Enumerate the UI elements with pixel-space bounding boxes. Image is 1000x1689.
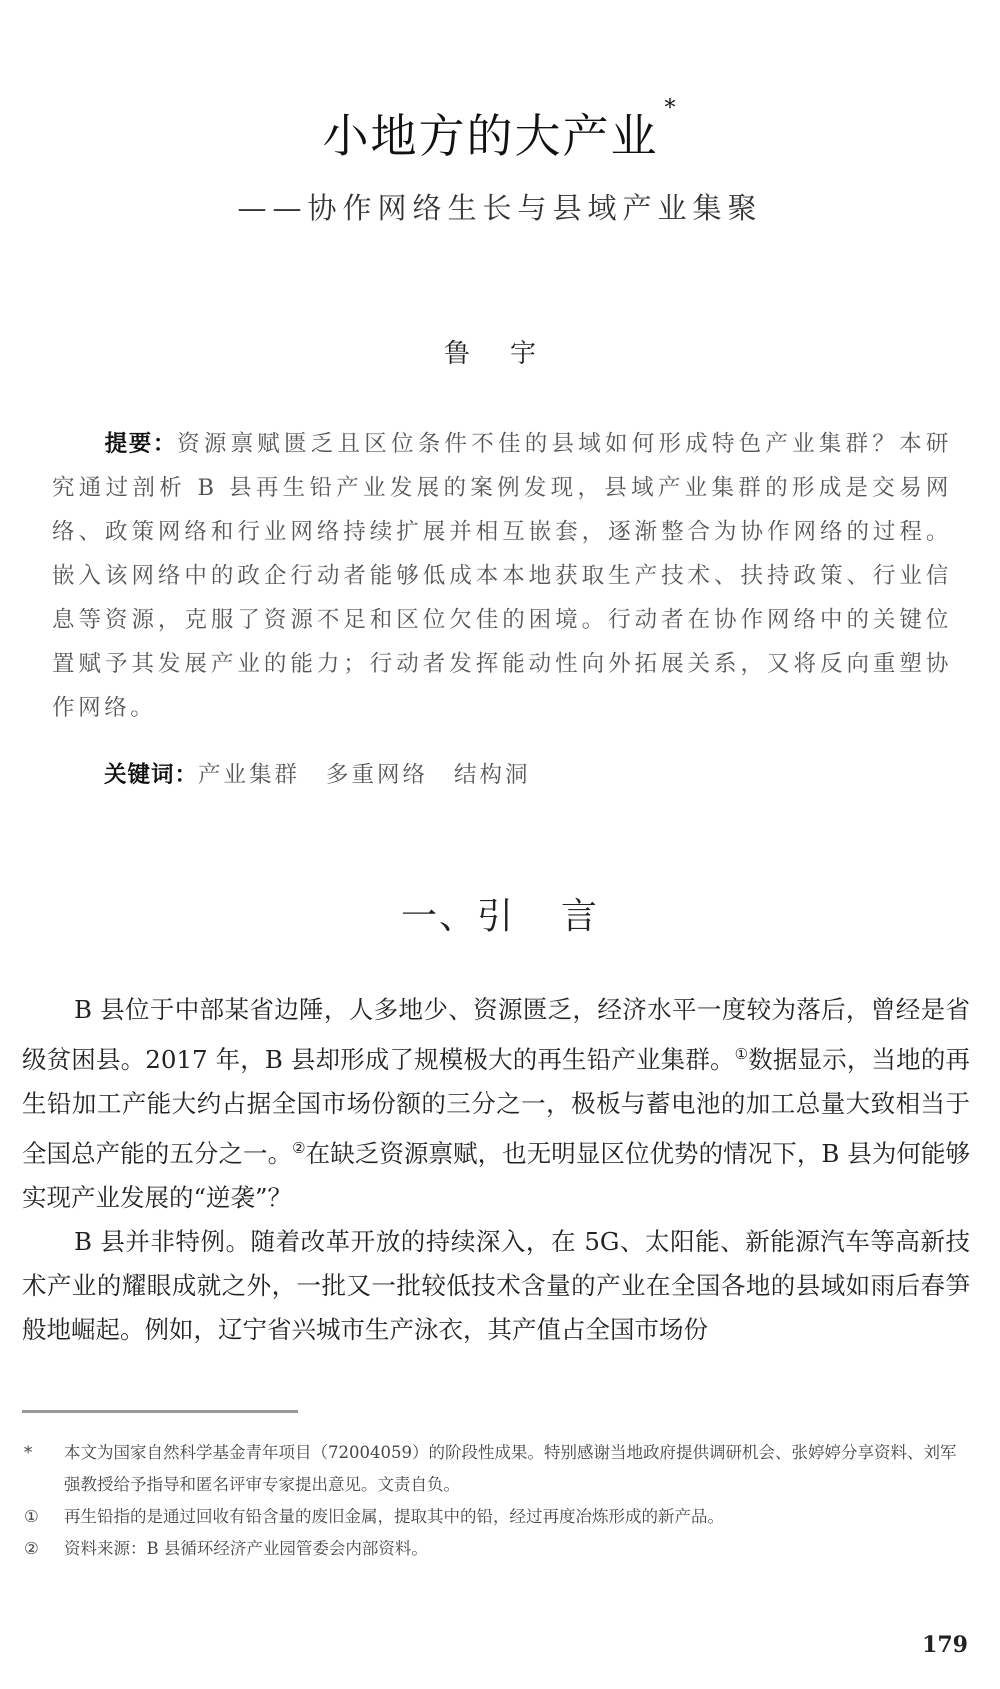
paragraph: B 县位于中部某省边陲，人多地少、资源匮乏，经济水平一度较为落后，曾经是省级贫困… (22, 988, 970, 1220)
keyword: 结构洞 (454, 762, 531, 788)
footnote-text: 资料来源：B 县循环经济产业园管委会内部资料。 (64, 1539, 428, 1558)
footnote-item: *本文为国家自然科学基金青年项目（72004059）的阶段性成果。特别感谢当地政… (22, 1437, 970, 1501)
footnote-mark: ① (24, 1501, 39, 1533)
keyword: 产业集群 (198, 762, 300, 788)
title-text: 小地方的大产业 (323, 109, 659, 163)
footnote-item: ②资料来源：B 县循环经济产业园管委会内部资料。 (22, 1533, 970, 1565)
keywords: 关键词：产业集群多重网络结构洞 (104, 757, 557, 789)
abstract-label: 提要： (104, 431, 177, 457)
footnote-mark: * (24, 1437, 32, 1469)
footnotes: *本文为国家自然科学基金青年项目（72004059）的阶段性成果。特别感谢当地政… (22, 1437, 970, 1565)
section-number: 一、引 (401, 896, 515, 937)
paragraph: B 县并非特例。随着改革开放的持续深入，在 5G、太阳能、新能源汽车等高新技术产… (22, 1220, 970, 1352)
abstract-text: 资源禀赋匮乏且区位条件不佳的县域如何形成特色产业集群？本研究通过剖析 B 县再生… (52, 431, 952, 721)
body-text: B 县位于中部某省边陲，人多地少、资源匮乏，经济水平一度较为落后，曾经是省级贫困… (22, 988, 970, 1352)
footnote-mark: ② (24, 1533, 39, 1565)
footnote-item: ①再生铅指的是通过回收有铅含量的废旧金属，提取其中的铅，经过再度冶炼形成的新产品… (22, 1501, 970, 1533)
section-heading: 一、引言 (0, 888, 1000, 939)
abstract: 提要：资源禀赋匮乏且区位条件不佳的县域如何形成特色产业集群？本研究通过剖析 B … (52, 422, 952, 730)
footnote-ref-1[interactable]: ① (735, 1045, 749, 1063)
section-title: 言 (561, 896, 599, 937)
article-subtitle: ——协作网络生长与县域产业集聚 (0, 186, 1000, 227)
page-number: 179 (922, 1632, 968, 1658)
footnote-text: 再生铅指的是通过回收有铅含量的废旧金属，提取其中的铅，经过再度冶炼形成的新产品。 (64, 1507, 724, 1526)
author-name: 鲁宇 (0, 333, 1000, 370)
keyword: 多重网络 (326, 762, 428, 788)
footnote-ref-2[interactable]: ② (292, 1139, 306, 1157)
footnote-text: 本文为国家自然科学基金青年项目（72004059）的阶段性成果。特别感谢当地政府… (64, 1443, 956, 1494)
article-title: 小地方的大产业* (0, 100, 1000, 166)
keywords-label: 关键词： (104, 762, 198, 788)
title-footnote-mark[interactable]: * (665, 96, 678, 121)
footnote-divider (22, 1410, 298, 1413)
